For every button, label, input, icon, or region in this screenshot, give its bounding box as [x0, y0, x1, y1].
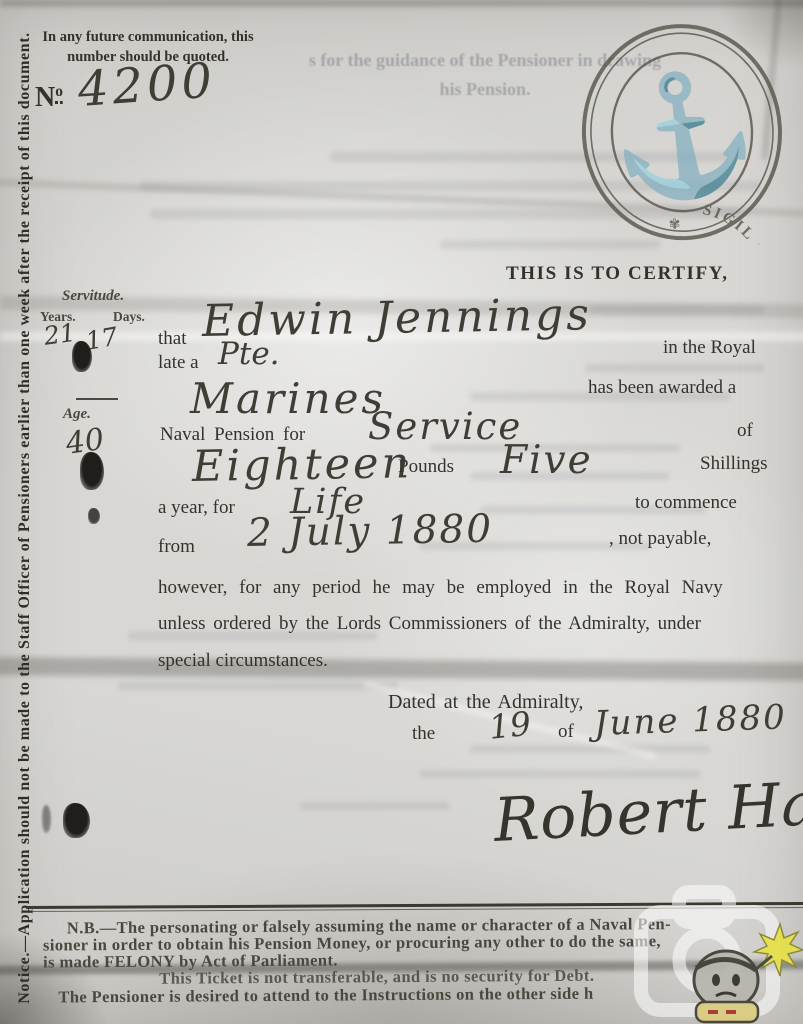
pensioner-line: The Pensioner is desired to attend to th…	[58, 984, 593, 1008]
starburst-icon	[754, 924, 803, 976]
cartoon-bomb-sticker	[688, 922, 803, 1024]
nb-block: N.B.—The personating or falsely assuming…	[0, 0, 803, 1024]
pension-certificate-document: Notice.—Application should not be made t…	[0, 0, 803, 1024]
